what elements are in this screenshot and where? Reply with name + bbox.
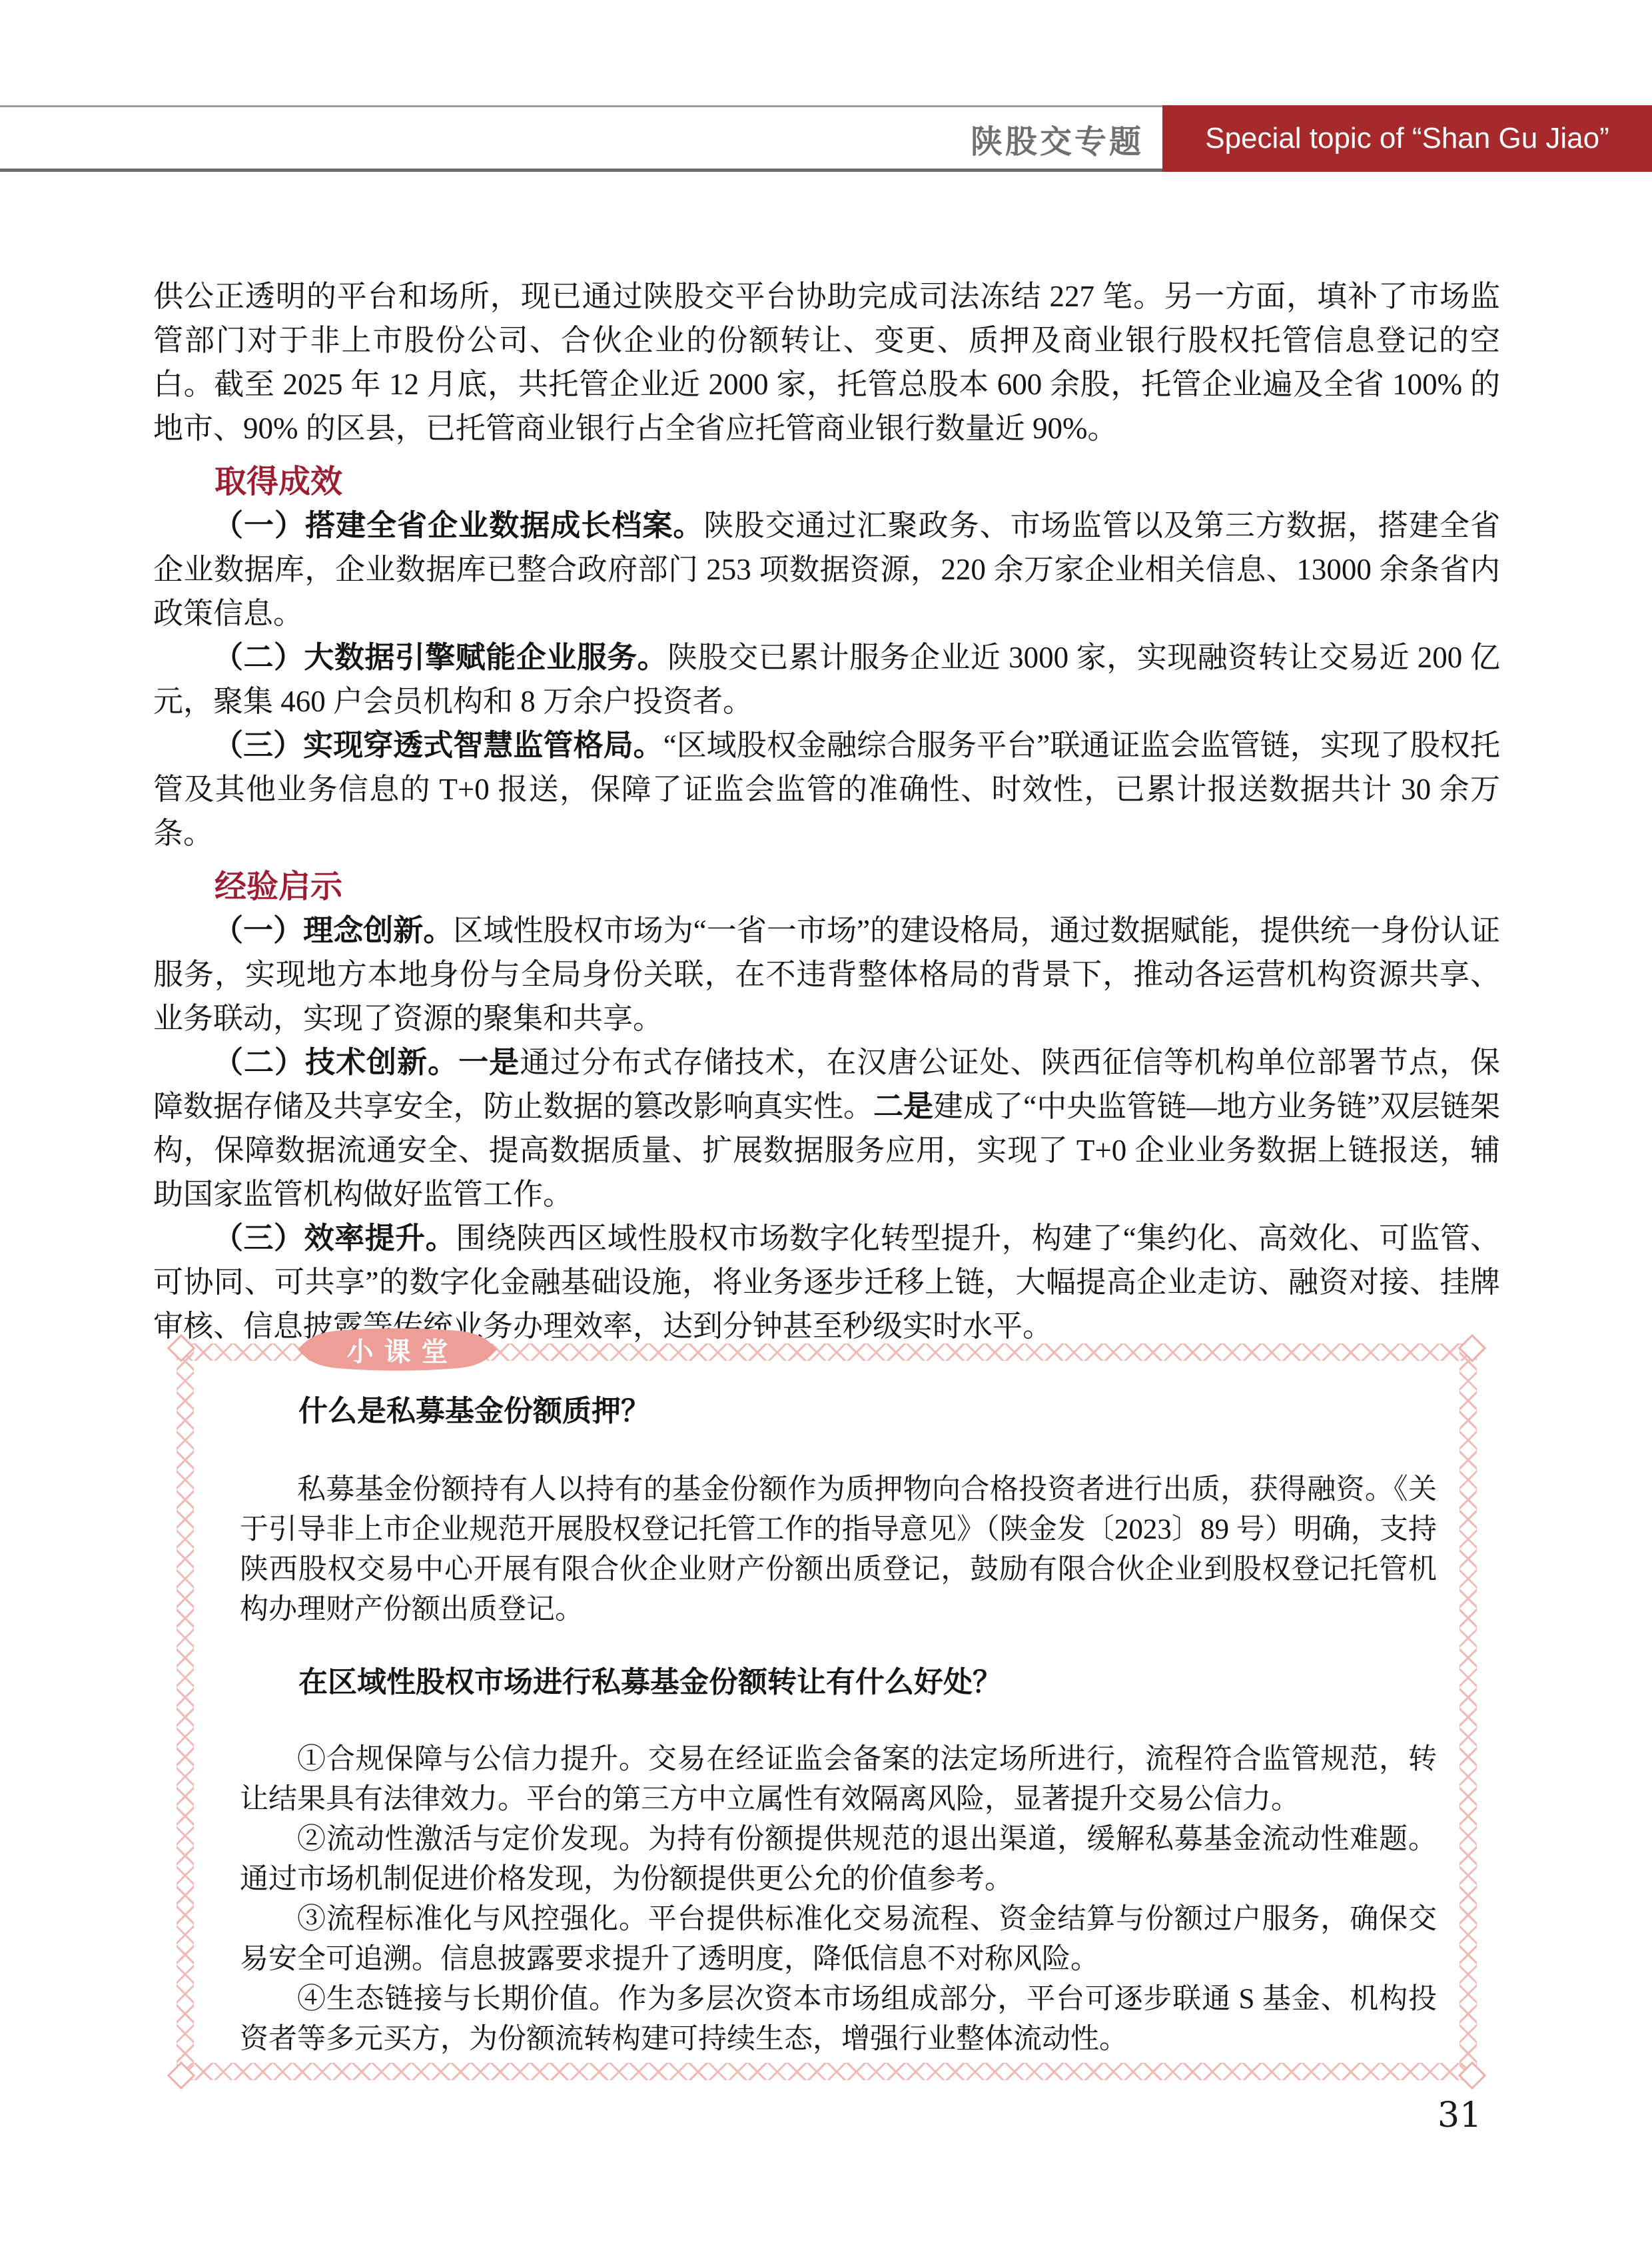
paragraph-lead: （一）搭建全省企业数据成长档案。 <box>213 509 703 542</box>
classroom-border-left <box>177 1343 194 2080</box>
paragraph-lead: （一）理念创新。 <box>213 914 453 947</box>
classroom-answer-1: 私募基金份额持有人以持有的基金份额作为质押物向合格投资者进行出质，获得融资。《关… <box>240 1470 1437 1630</box>
classroom-question-2: 在区域性股权市场进行私募基金份额转让有什么好处？ <box>240 1663 1437 1702</box>
magazine-page: 陕股交专题 Special topic of “Shan Gu Jiao” 供公… <box>0 0 1652 2242</box>
paragraph-lead: （二）技术创新。 <box>213 1046 458 1079</box>
classroom-badge: 小课堂 <box>295 1327 500 1372</box>
paragraph-text: 供公正透明的平台和场所，现已通过陕股交平台协助完成司法冻结 227 笔。另一方面… <box>153 280 1500 445</box>
classroom-benefit-3: ③流程标准化与风控强化。平台提供标准化交易流程、资金结算与份额过户服务，确保交易… <box>240 1900 1437 1980</box>
page-header: 陕股交专题 Special topic of “Shan Gu Jiao” <box>0 105 1652 172</box>
section-title-lessons: 经验启示 <box>153 866 1500 909</box>
paragraph-achievement-3: （三）实现穿透式智慧监管格局。“区域股权金融综合服务平台”联通证监会监管链，实现… <box>153 723 1500 855</box>
classroom-box: 小课堂 什么是私募基金份额质押？ 私募基金份额持有人以持有的基金份额作为质押物向… <box>177 1343 1477 2080</box>
paragraph-lead: （二）大数据引擎赋能企业服务。 <box>213 641 667 674</box>
paragraph-lesson-2: （二）技术创新。一是通过分布式存储技术，在汉唐公证处、陕西征信等机构单位部署节点… <box>153 1040 1500 1216</box>
header-en-title: Special topic of “Shan Gu Jiao” <box>1205 122 1609 155</box>
classroom-badge-label: 小课堂 <box>295 1327 500 1372</box>
section-title-achievements: 取得成效 <box>153 461 1500 504</box>
point-label: 一是 <box>458 1046 520 1079</box>
paragraph-lead: （三）实现穿透式智慧监管格局。 <box>213 729 663 762</box>
classroom-border-bottom <box>177 2063 1477 2080</box>
paragraph-achievement-2: （二）大数据引擎赋能企业服务。陕股交已累计服务企业近 3000 家，实现融资转让… <box>153 635 1500 723</box>
paragraph-achievement-1: （一）搭建全省企业数据成长档案。陕股交通过汇聚政务、市场监管以及第三方数据，搭建… <box>153 504 1500 635</box>
classroom-benefit-2: ②流动性激活与定价发现。为持有份额提供规范的退出渠道，缓解私募基金流动性难题。通… <box>240 1820 1437 1900</box>
point-label: 二是 <box>873 1090 933 1123</box>
paragraph-intro: 供公正透明的平台和场所，现已通过陕股交平台协助完成司法冻结 227 笔。另一方面… <box>153 274 1500 450</box>
header-cn-title: 陕股交专题 <box>971 105 1144 172</box>
classroom-content: 什么是私募基金份额质押？ 私募基金份额持有人以持有的基金份额作为质押物向合格投资… <box>240 1361 1437 2059</box>
header-red-block: Special topic of “Shan Gu Jiao” <box>1162 105 1652 172</box>
classroom-question-1: 什么是私募基金份额质押？ <box>240 1391 1437 1431</box>
page-number: 31 <box>1438 2095 1481 2135</box>
article-body: 供公正透明的平台和场所，现已通过陕股交平台协助完成司法冻结 227 笔。另一方面… <box>153 274 1500 1348</box>
classroom-benefit-4: ④生态链接与长期价值。作为多层次资本市场组成部分，平台可逐步联通 S 基金、机构… <box>240 1980 1437 2059</box>
paragraph-lead: （三）效率提升。 <box>213 1222 456 1255</box>
classroom-benefit-1: ①合规保障与公信力提升。交易在经证监会备案的法定场所进行，流程符合监管规范，转让… <box>240 1740 1437 1820</box>
paragraph-lesson-1: （一）理念创新。区域性股权市场为“一省一市场”的建设格局，通过数据赋能，提供统一… <box>153 909 1500 1040</box>
classroom-border-right <box>1459 1343 1477 2080</box>
